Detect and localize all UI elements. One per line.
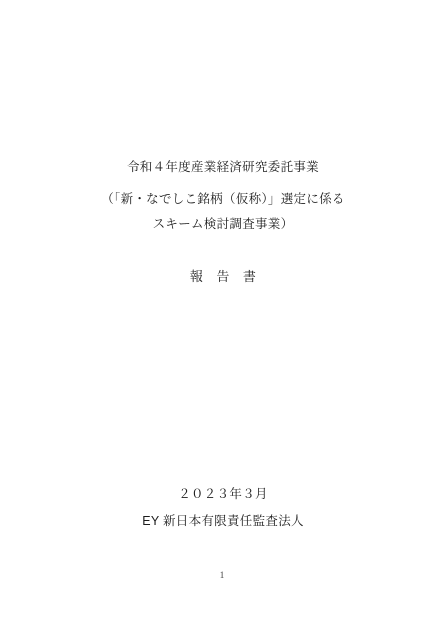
publication-date: ２０２３年３月 [0,488,446,501]
title-line-3: スキーム検討調査事業） [0,218,446,231]
report-title: 報 告 書 [0,270,446,283]
document-page: 令和４年度産業経済研究委託事業 （「新・なでしこ銘柄（仮称）」選定に係る スキー… [0,0,446,630]
organization-name: EY 新日本有限責任監査法人 [0,515,446,528]
title-line-1: 令和４年度産業経済研究委託事業 [0,161,446,174]
page-number: 1 [0,570,444,580]
title-line-2: （「新・なでしこ銘柄（仮称）」選定に係る [0,193,446,206]
